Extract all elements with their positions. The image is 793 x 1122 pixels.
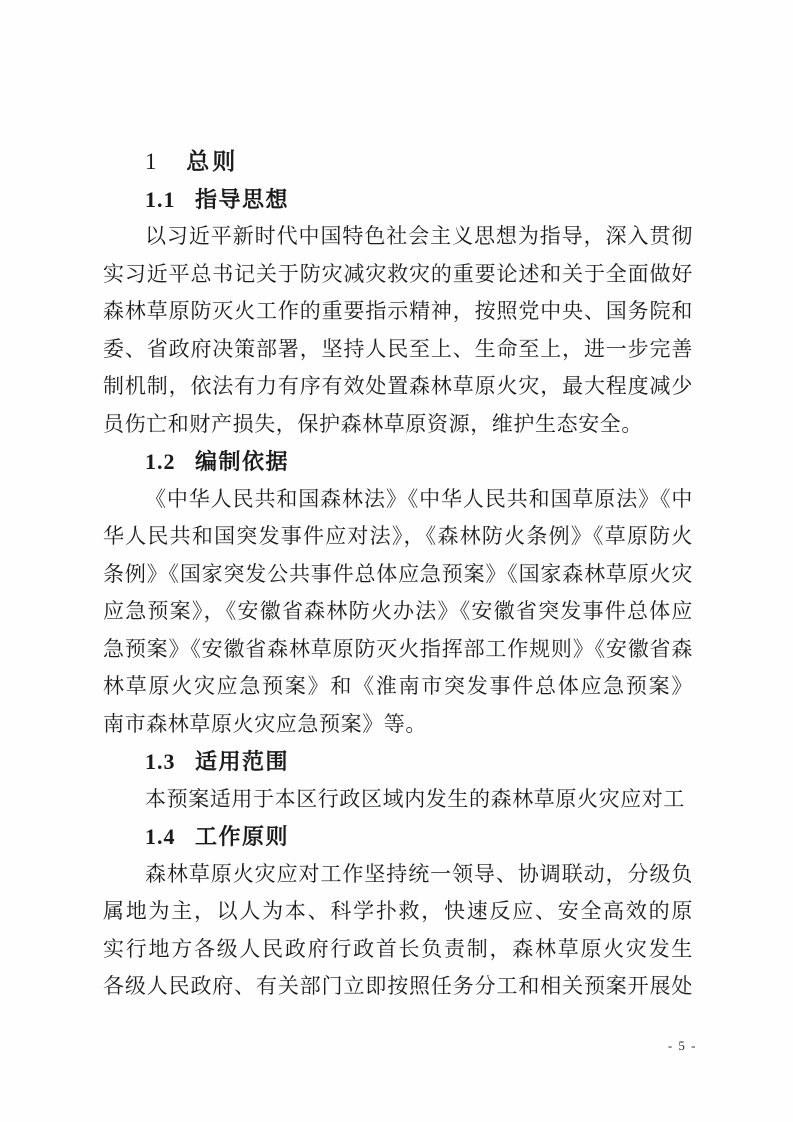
text-line: 制机制，依法有力有序有效处置森林草原火灾，最大程度减少人 [103,368,693,406]
section-heading-1-2: 1.2 编制依据 [103,443,693,481]
text-line: 森林草原火灾应对工作坚持统一领导、协调联动，分级负责、 [103,856,693,894]
text-line: 南市森林草原火灾应急预案》等。 [103,706,693,744]
text-line: 森林草原防灭火工作的重要指示精神，按照党中央、国务院和省 [103,293,693,331]
text-line: 以习近平新时代中国特色社会主义思想为指导，深入贯彻落 [103,218,693,256]
section-title: 适用范围 [195,749,289,774]
chapter-title: 总则 [186,148,238,174]
page-number: - 5 - [668,1038,697,1054]
section-guiding-ideology: 1.1 指导思想 以习近平新时代中国特色社会主义思想为指导，深入贯彻落 实习近平… [103,181,693,444]
chapter-number: 1 [145,149,157,174]
text-line: 急预案》《安徽省森林草原防灭火指挥部工作规则》《安徽省森 [103,631,693,669]
text-line: 本预案适用于本区行政区域内发生的森林草原火灾应对工作。 [103,781,693,819]
text-line: 实习近平总书记关于防灾减灾救灾的重要论述和关于全面做好 [103,256,693,294]
section-title: 工作原则 [195,824,289,849]
section-heading-1-4: 1.4 工作原则 [103,818,693,856]
text-line: 委、省政府决策部署，坚持人民至上、生命至上，进一步完善体 [103,331,693,369]
document-body: 1 总则 1.1 指导思想 以习近平新时代中国特色社会主义思想为指导，深入贯彻落… [103,143,693,1006]
text-line: 条例》《国家突发公共事件总体应急预案》《国家森林草原火灾 [103,556,693,594]
text-line: 《中华人民共和国森林法》《中华人民共和国草原法》《中 [103,481,693,519]
section-scope-of-application: 1.3 适用范围 本预案适用于本区行政区域内发生的森林草原火灾应对工作。 [103,743,693,818]
section-heading-1-1: 1.1 指导思想 [103,181,693,219]
section-heading-1-3: 1.3 适用范围 [103,743,693,781]
section-compilation-basis: 1.2 编制依据 《中华人民共和国森林法》《中华人民共和国草原法》《中 华人民共… [103,443,693,743]
text-line: 员伤亡和财产损失，保护森林草原资源，维护生态安全。 [103,406,693,444]
text-line: 属地为主，以人为本、科学扑救，快速反应、安全高效的原则。 [103,893,693,931]
section-number: 1.3 [145,749,176,774]
text-line: 华人民共和国突发事件应对法》，《森林防火条例》《草原防火 [103,518,693,556]
section-number: 1.4 [145,824,176,849]
text-line: 实行地方各级人民政府行政首长负责制，森林草原火灾发生后， [103,931,693,969]
section-number: 1.1 [145,187,176,212]
text-line: 应急预案》，《安徽省森林防火办法》《安徽省突发事件总体应 [103,593,693,631]
text-line: 各级人民政府、有关部门立即按照任务分工和相关预案开展处置 [103,968,693,1006]
section-working-principles: 1.4 工作原则 森林草原火灾应对工作坚持统一领导、协调联动，分级负责、 属地为… [103,818,693,1006]
document-page: 1 总则 1.1 指导思想 以习近平新时代中国特色社会主义思想为指导，深入贯彻落… [0,0,793,1122]
section-number: 1.2 [145,449,176,474]
section-title: 指导思想 [195,187,289,212]
chapter-heading: 1 总则 [103,143,693,181]
section-title: 编制依据 [195,449,289,474]
text-line: 林草原火灾应急预案》和《淮南市突发事件总体应急预案》《淮 [103,668,693,706]
